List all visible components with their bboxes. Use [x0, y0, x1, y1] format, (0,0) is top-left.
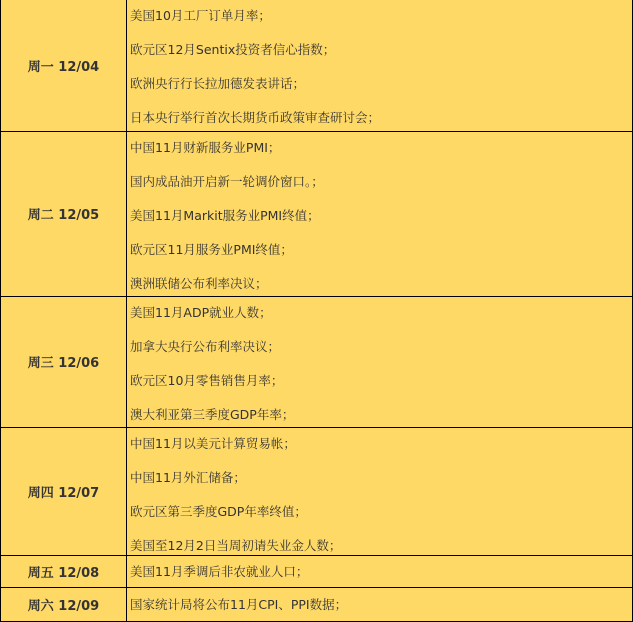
list-item: 中国11月以美元计算贸易帐；: [130, 435, 632, 452]
list-item: 澳洲联储公布利率决议；: [130, 275, 632, 292]
table-row: 周二 12/05 中国11月财新服务业PMI； 国内成品油开启新一轮调价窗口。；…: [1, 131, 632, 296]
list-item: 欧元区10月零售销售月率；: [130, 372, 632, 389]
list-item: 美国11月季调后非农就业人口；: [130, 563, 632, 580]
events-cell: 美国11月季调后非农就业人口；: [127, 555, 633, 587]
day-label: 周一 12/04: [1, 0, 127, 131]
list-item: 欧洲央行行长拉加德发表讲话；: [130, 75, 632, 92]
list-item: 欧元区11月服务业PMI终值；: [130, 241, 632, 258]
list-item: 美国11月ADP就业人数；: [130, 304, 632, 321]
list-item: 中国11月外汇储备；: [130, 469, 632, 486]
list-item: 澳大利亚第三季度GDP年率；: [130, 406, 632, 423]
list-item: 美国11月Markit服务业PMI终值；: [130, 207, 632, 224]
list-item: 美国至12月2日当周初请失业金人数；: [130, 537, 632, 554]
list-item: 加拿大央行公布利率决议；: [130, 338, 632, 355]
list-item: 国内成品油开启新一轮调价窗口。；: [130, 173, 632, 190]
day-label: 周六 12/09: [1, 587, 127, 621]
economic-calendar-table: 周一 12/04 美国10月工厂订单月率； 欧元区12月Sentix投资者信心指…: [0, 0, 633, 622]
list-item: 欧元区12月Sentix投资者信心指数；: [130, 41, 632, 58]
list-item: 美国10月工厂订单月率；: [130, 7, 632, 24]
table-row: 周六 12/09 国家统计局将公布11月CPI、PPI数据；: [1, 587, 632, 621]
table-row: 周三 12/06 美国11月ADP就业人数； 加拿大央行公布利率决议； 欧元区1…: [1, 296, 632, 427]
list-item: 中国11月财新服务业PMI；: [130, 139, 632, 156]
events-cell: 中国11月财新服务业PMI； 国内成品油开启新一轮调价窗口。； 美国11月Mar…: [127, 131, 633, 296]
day-label: 周三 12/06: [1, 296, 127, 427]
events-cell: 美国11月ADP就业人数； 加拿大央行公布利率决议； 欧元区10月零售销售月率；…: [127, 296, 633, 427]
list-item: 欧元区第三季度GDP年率终值；: [130, 503, 632, 520]
list-item: 日本央行举行首次长期货币政策审查研讨会；: [130, 109, 632, 126]
events-cell: 中国11月以美元计算贸易帐； 中国11月外汇储备； 欧元区第三季度GDP年率终值…: [127, 427, 633, 555]
day-label: 周五 12/08: [1, 555, 127, 587]
table-row: 周五 12/08 美国11月季调后非农就业人口；: [1, 555, 632, 587]
calendar-grid: 周一 12/04 美国10月工厂订单月率； 欧元区12月Sentix投资者信心指…: [1, 0, 632, 621]
day-label: 周二 12/05: [1, 131, 127, 296]
table-row: 周一 12/04 美国10月工厂订单月率； 欧元区12月Sentix投资者信心指…: [1, 0, 632, 131]
day-label: 周四 12/07: [1, 427, 127, 555]
list-item: 国家统计局将公布11月CPI、PPI数据；: [130, 596, 632, 613]
table-row: 周四 12/07 中国11月以美元计算贸易帐； 中国11月外汇储备； 欧元区第三…: [1, 427, 632, 555]
events-cell: 美国10月工厂订单月率； 欧元区12月Sentix投资者信心指数； 欧洲央行行长…: [127, 0, 633, 131]
events-cell: 国家统计局将公布11月CPI、PPI数据；: [127, 587, 633, 621]
